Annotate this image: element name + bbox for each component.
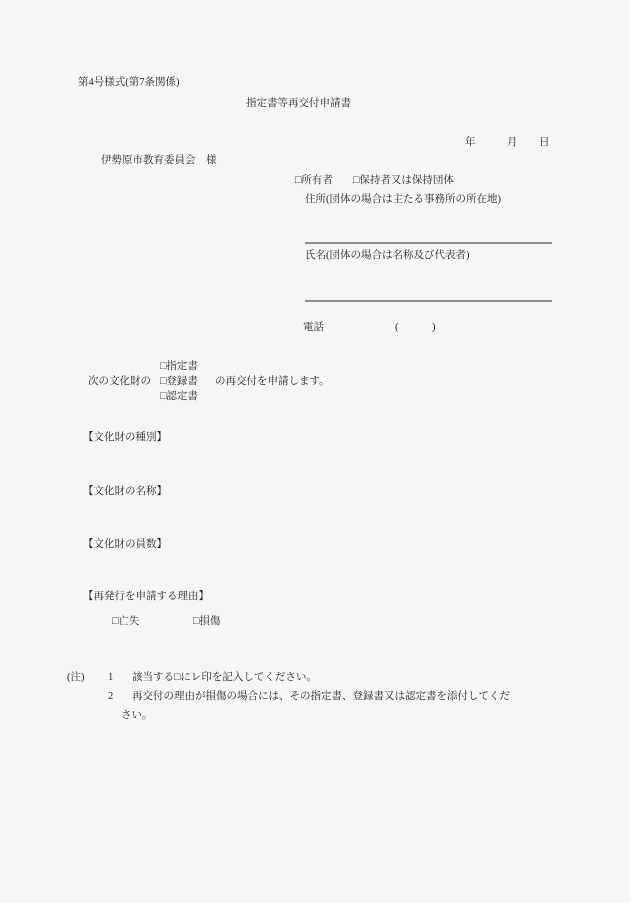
addressee: 伊勢原市教育委員会 様 bbox=[101, 154, 217, 168]
phone-label: 電話 bbox=[303, 321, 324, 335]
date-month-label: 月 bbox=[507, 136, 518, 150]
notes-label: (注) bbox=[67, 671, 85, 685]
note-2-text: 再交付の理由が損傷の場合には、その指定書、登録書又は認定書を添付してくだ bbox=[132, 690, 510, 704]
address-fill-line bbox=[305, 242, 552, 244]
checkbox-reason-damaged: □損傷 bbox=[193, 615, 220, 629]
note-1-number: 1 bbox=[108, 671, 113, 685]
section-property-name: 【文化財の名称】 bbox=[83, 485, 167, 499]
section-property-type: 【文化財の種別】 bbox=[83, 431, 167, 445]
checkbox-reason-lost: □亡失 bbox=[112, 615, 139, 629]
section-reissue-reason: 【再発行を申請する理由】 bbox=[83, 590, 209, 604]
application-form-page: 第4号様式(第7条関係) 指定書等再交付申請書 年 月 日 伊勢原市教育委員会 … bbox=[0, 0, 630, 903]
page-title: 指定書等再交付申請書 bbox=[246, 97, 351, 111]
checkbox-holder: □保持者又は保持団体 bbox=[353, 174, 454, 188]
note-2-continuation: さい。 bbox=[121, 709, 153, 723]
section-property-quantity: 【文化財の員数】 bbox=[83, 538, 167, 552]
note-2-number: 2 bbox=[108, 690, 113, 704]
date-year-label: 年 bbox=[465, 136, 476, 150]
note-1-text: 該当する□にレ印を記入してください。 bbox=[132, 671, 317, 685]
request-lead-text: 次の文化財の bbox=[88, 375, 151, 389]
date-day-label: 日 bbox=[539, 136, 550, 150]
name-label: 氏名(団体の場合は名称及び代表者) bbox=[305, 249, 470, 263]
phone-close-paren: ) bbox=[432, 321, 436, 335]
form-number: 第4号様式(第7条関係) bbox=[78, 76, 180, 90]
name-fill-line bbox=[305, 300, 552, 302]
checkbox-designation-cert: □指定書 bbox=[160, 360, 198, 374]
checkbox-recognition-cert: □認定書 bbox=[160, 390, 198, 404]
checkbox-registration-cert: □登録書 bbox=[160, 375, 198, 389]
request-tail-text: の再交付を申請します。 bbox=[215, 375, 330, 389]
phone-open-paren: ( bbox=[395, 321, 399, 335]
address-label: 住所(団体の場合は主たる事務所の所在地) bbox=[305, 193, 501, 207]
checkbox-owner: □所有者 bbox=[295, 174, 333, 188]
